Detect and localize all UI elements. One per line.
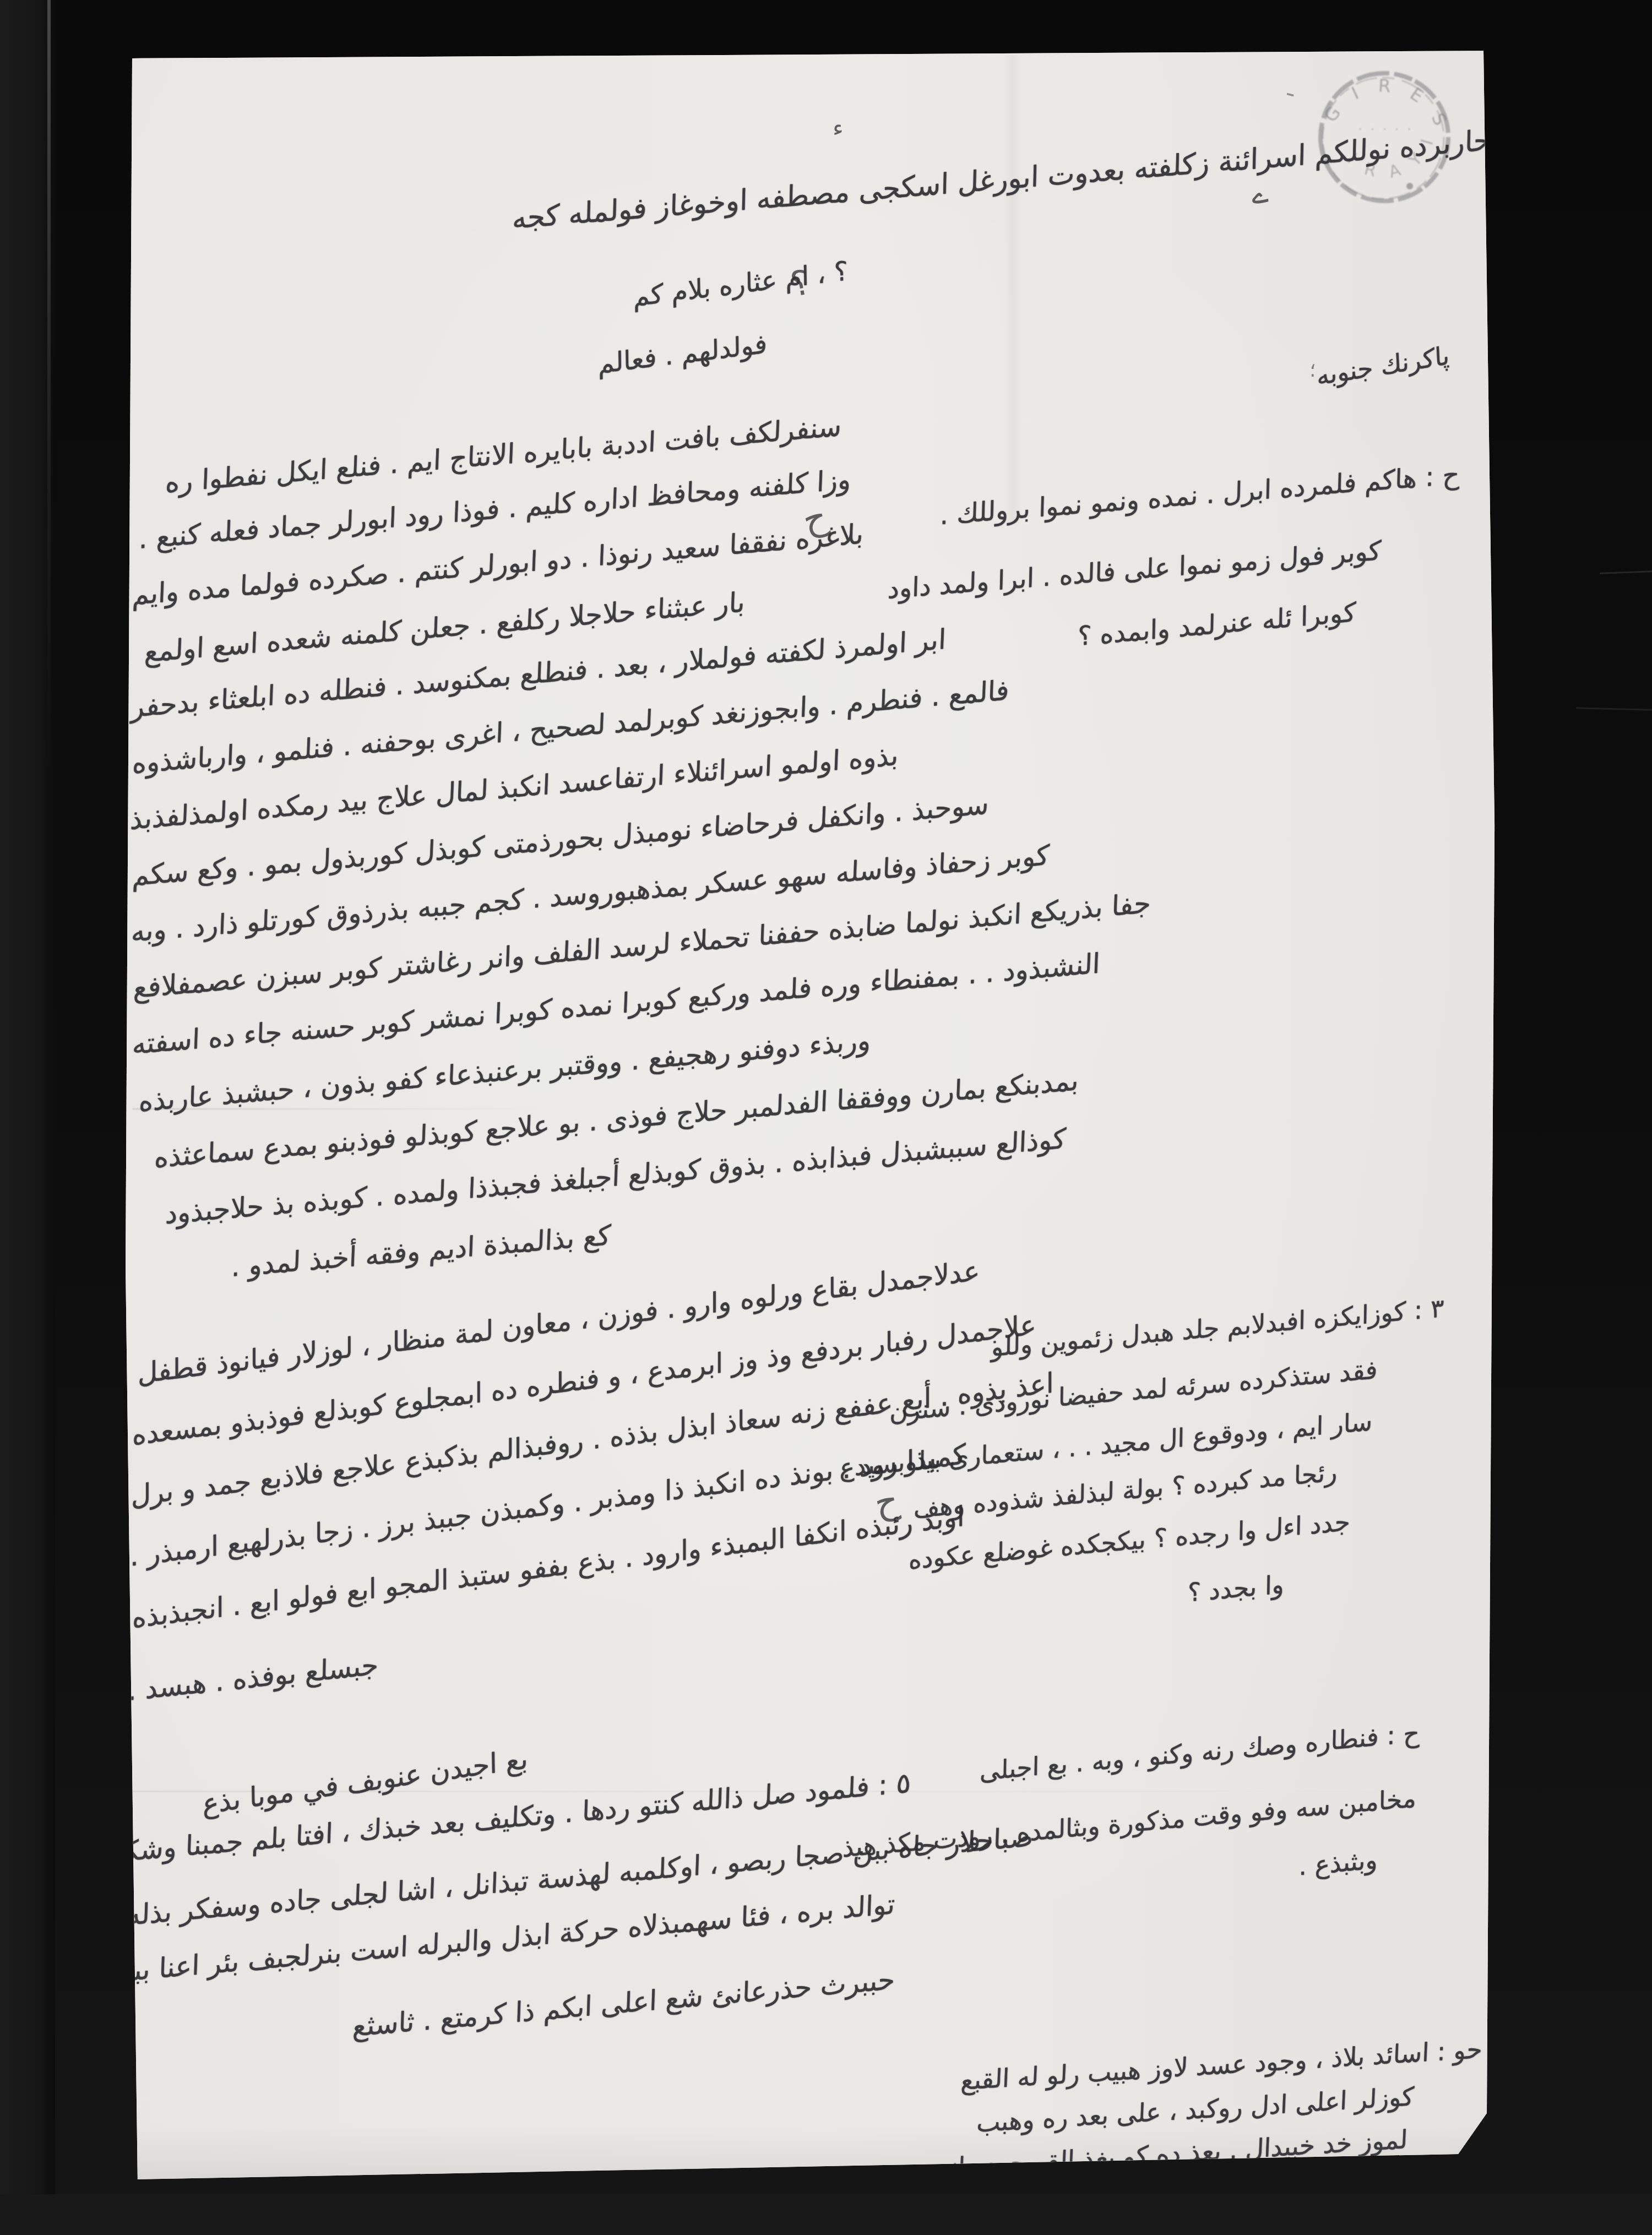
- question-annotation-line: وا بجدد ؟: [1187, 1569, 1284, 1608]
- question-annotation-line: كوبرا ئله عنرلمد وابمده ؟: [1077, 597, 1356, 652]
- question-annotation-line: ٣ : كوزايكزه افبدلابم جلد هبدل زئموين ول…: [991, 1293, 1444, 1362]
- handwritten-address-line: فولدلهم . فعالم: [597, 328, 767, 380]
- question-annotation-line: ح : فنطاره وصك رنه وكنو ، وبه . بع اجبلى: [980, 1718, 1420, 1786]
- dots-mark: ؛: [1309, 359, 1316, 382]
- scan-bottom-band: [0, 2194, 1652, 2235]
- scan-left-highlight-line: [47, 0, 51, 771]
- scanned-document-photo: G I R E S I R A Y I ٠ ٠ ٠ ٠ ٠ ء ـ ے ؛ ؟ …: [0, 0, 1652, 2235]
- question-annotation-line: وبثبذع .: [1298, 1845, 1378, 1881]
- handwritten-address-line: ؟ ، ام عثاره بلام كم: [633, 255, 848, 313]
- scan-scratch: [1600, 570, 1652, 574]
- letter-paper-sheet: G I R E S I R A Y I ٠ ٠ ٠ ٠ ٠ ء ـ ے ؛ ؟ …: [0, 0, 1652, 2235]
- handwritten-docket-note: پاكرنك جنوبه: [1316, 340, 1450, 391]
- scan-left-dark-strip: [0, 0, 55, 2235]
- hamza-mark: ء: [833, 115, 844, 142]
- squiggle-mark: ے: [1249, 176, 1270, 211]
- stamp-ink-dot: [1406, 183, 1413, 189]
- scan-scratch: [1576, 707, 1652, 711]
- paper-vertical-crease: [1003, 55, 1022, 523]
- handwritten-paragraph-line: كع بذالمبذة اديم وفقه أخبذ لمدو .: [231, 1219, 611, 1283]
- dash-mark: ـ: [1286, 75, 1298, 101]
- handwritten-paragraph-line: حببرث حذرعانئ شع اعلى ابكم ذا كرمتع . ثا…: [352, 1964, 895, 2043]
- handwritten-paragraph-line: جبسلع بوفذه . هبسد .: [128, 1649, 379, 1707]
- question-annotation-line: كوبر فول زمو نموا على فالده . ابرا ولمد …: [887, 535, 1382, 605]
